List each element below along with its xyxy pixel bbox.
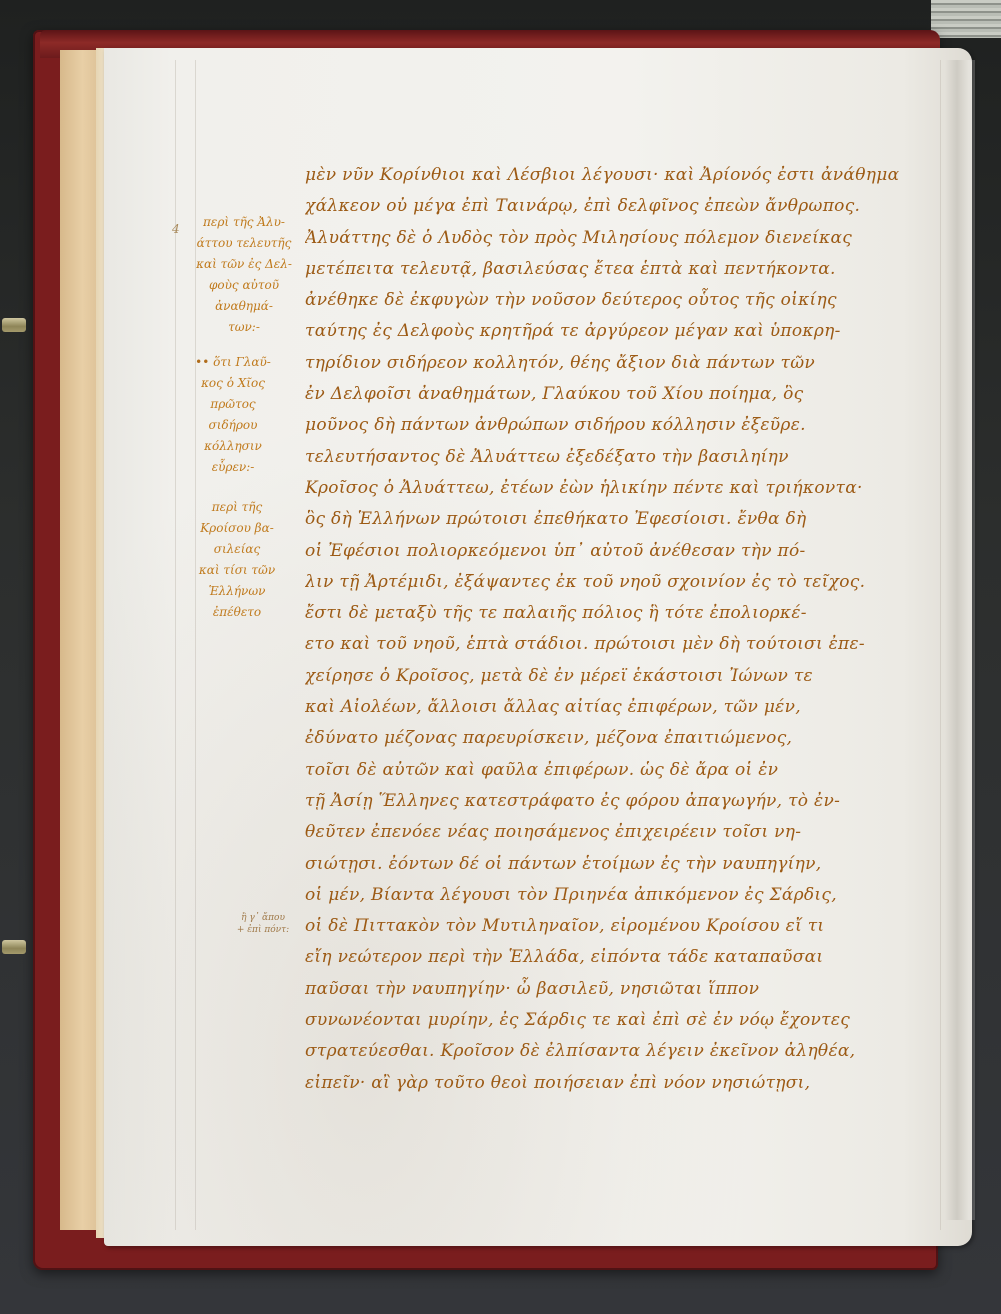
margin-line: ἐπέθετο [182,602,292,623]
margin-line: ἢ γ᾽ ἄπου [228,912,298,924]
manuscript-line: οἱ μέν, Βίαντα λέγουσι τὸν Πριηνέα ἀπικό… [305,880,945,911]
manuscript-line: χάλκεον οὐ μέγα ἐπὶ Ταινάρῳ, ἐπὶ δελφῖνο… [305,191,945,222]
bullet-mark: •• [195,355,209,369]
manuscript-line: καὶ Αἰολέων, ἄλλοισι ἄλλας αἰτίας ἐπιφέρ… [305,692,945,723]
manuscript-line: σιώτῃσι. ἐόντων δέ οἱ πάντων ἑτοίμων ἐς … [305,849,945,880]
manuscript-line: χείρησε ὁ Κροῖσος, μετὰ δὲ ἐν μέρεϊ ἑκάσ… [305,661,945,692]
margin-line: ἀναθημά- [192,296,296,317]
manuscript-line: οἱ Ἐφέσιοι πολιορκεόμενοι ὑπ᾽ αὐτοῦ ἀνέθ… [305,536,945,567]
marginal-note-croesus: περὶ τῆς Κροίσου βα- σιλείας καὶ τίσι τῶ… [182,497,292,623]
manuscript-line: οἱ δὲ Πιττακὸν τὸν Μυτιληναῖον, εἰρομένο… [305,911,945,942]
manuscript-line: τελευτήσαντος δὲ Ἀλυάττεω ἐξεδέξατο τὴν … [305,442,945,473]
manuscript-line: συνωνέονται μυρίην, ἐς Σάρδις τε καὶ ἐπὶ… [305,1005,945,1036]
manuscript-line: ὃς δὴ Ἑλλήνων πρώτοισι ἐπεθήκατο Ἐφεσίοι… [305,504,945,535]
manuscript-line: λιν τῇ Ἀρτέμιδι, ἐξάψαντες ἐκ τοῦ νηοῦ σ… [305,567,945,598]
manuscript-line: εἰπεῖν· αἲ γὰρ τοῦτο θεοὶ ποιήσειαν ἐπὶ … [305,1068,945,1099]
margin-line: περὶ τῆς [182,497,292,518]
margin-line: σιλείας [182,539,292,560]
folio-mark: 4 [172,222,180,236]
manuscript-line: εἴη νεώτερον περὶ τὴν Ἑλλάδα, εἰπόντα τά… [305,942,945,973]
margin-line: + ἐπὶ πόντ: [228,924,298,936]
margin-line: πρῶτος [178,394,288,415]
manuscript-line: τοῖσι δὲ αὐτῶν καὶ φαῦλα ἐπιφέρων. ὡς δὲ… [305,755,945,786]
manuscript-line: Ἀλυάττης δὲ ὁ Λυδὸς τὸν πρὸς Μιλησίους π… [305,223,945,254]
margin-line: των:- [192,317,296,338]
margin-line: κος ὁ Χῖος [178,373,288,394]
margin-line: άττου τελευτῆς [192,233,296,254]
manuscript-line: ἐν Δελφοῖσι ἀναθημάτων, Γλαύκου τοῦ Χίου… [305,379,945,410]
manuscript-line: ἀνέθηκε δὲ ἐκφυγὼν τὴν νοῦσον δεύτερος ο… [305,285,945,316]
margin-line: Κροίσου βα- [182,518,292,539]
text-block-edge [931,0,1001,38]
manuscript-line: μετέπειτα τελευτᾷ, βασιλεύσας ἔτεα ἑπτὰ … [305,254,945,285]
manuscript-line: τηρίδιον σιδήρεον κολλητόν, θέης ἄξιον δ… [305,348,945,379]
margin-line: σιδήρου [178,415,288,436]
margin-line: φοὺς αὐτοῦ [192,275,296,296]
manuscript-line: Κροῖσος ὁ Ἀλυάττεω, ἐτέων ἐὼν ἡλικίην πέ… [305,473,945,504]
manuscript-line: στρατεύεσθαι. Κροῖσον δὲ ἐλπίσαντα λέγει… [305,1036,945,1067]
margin-line: περὶ τῆς Ἀλυ- [192,212,296,233]
marginal-note-alyattes: περὶ τῆς Ἀλυ- άττου τελευτῆς καὶ τῶν ἐς … [192,212,296,338]
marginal-note-glaucus: •• ὅτι Γλαῦ- κος ὁ Χῖος πρῶτος σιδήρου κ… [178,352,288,478]
leaf-fold-shadow [945,60,975,1220]
manuscript-line: μοῦνος δὴ πάντων ἀνθρώπων σιδήρου κόλλησ… [305,410,945,441]
manuscript-line: ετο καὶ τοῦ νηοῦ, ἑπτὰ στάδιοι. πρώτοισι… [305,629,945,660]
margin-line: καὶ τῶν ἐς Δελ- [192,254,296,275]
manuscript-line: ἔστι δὲ μεταξὺ τῆς τε παλαιῆς πόλιος ἣ τ… [305,598,945,629]
manuscript-line: μὲν νῦν Κορίνθιοι καὶ Λέσβιοι λέγουσι· κ… [305,160,945,191]
margin-line: •• ὅτι Γλαῦ- [178,352,288,373]
clasp-pin-lower [2,940,26,954]
margin-line-text: ὅτι Γλαῦ- [213,355,271,369]
margin-line: εὗρεν:- [178,457,288,478]
manuscript-line: τῇ Ἀσίῃ Ἕλληνες κατεστράφατο ἐς φόρου ἀπ… [305,786,945,817]
margin-line: κόλλησιν [178,436,288,457]
main-text-block: μὲν νῦν Κορίνθιοι καὶ Λέσβιοι λέγουσι· κ… [305,160,945,1099]
margin-line: Ἑλλήνων [182,581,292,602]
marginal-variant-reading: ἢ γ᾽ ἄπου + ἐπὶ πόντ: [228,912,298,936]
manuscript-line: ταύτης ἐς Δελφοὺς κρητῆρά τε ἀργύρεον μέ… [305,316,945,347]
manuscript-line: ἐδύνατο μέζονας παρευρίσκειν, μέζονα ἐπα… [305,723,945,754]
clasp-pin-upper [2,318,26,332]
margin-line: καὶ τίσι τῶν [182,560,292,581]
manuscript-line: παῦσαι τὴν ναυπηγίην· ὦ βασιλεῦ, νησιῶτα… [305,974,945,1005]
manuscript-line: θεῦτεν ἐπενόεε νέας ποιησάμενος ἐπιχειρέ… [305,817,945,848]
